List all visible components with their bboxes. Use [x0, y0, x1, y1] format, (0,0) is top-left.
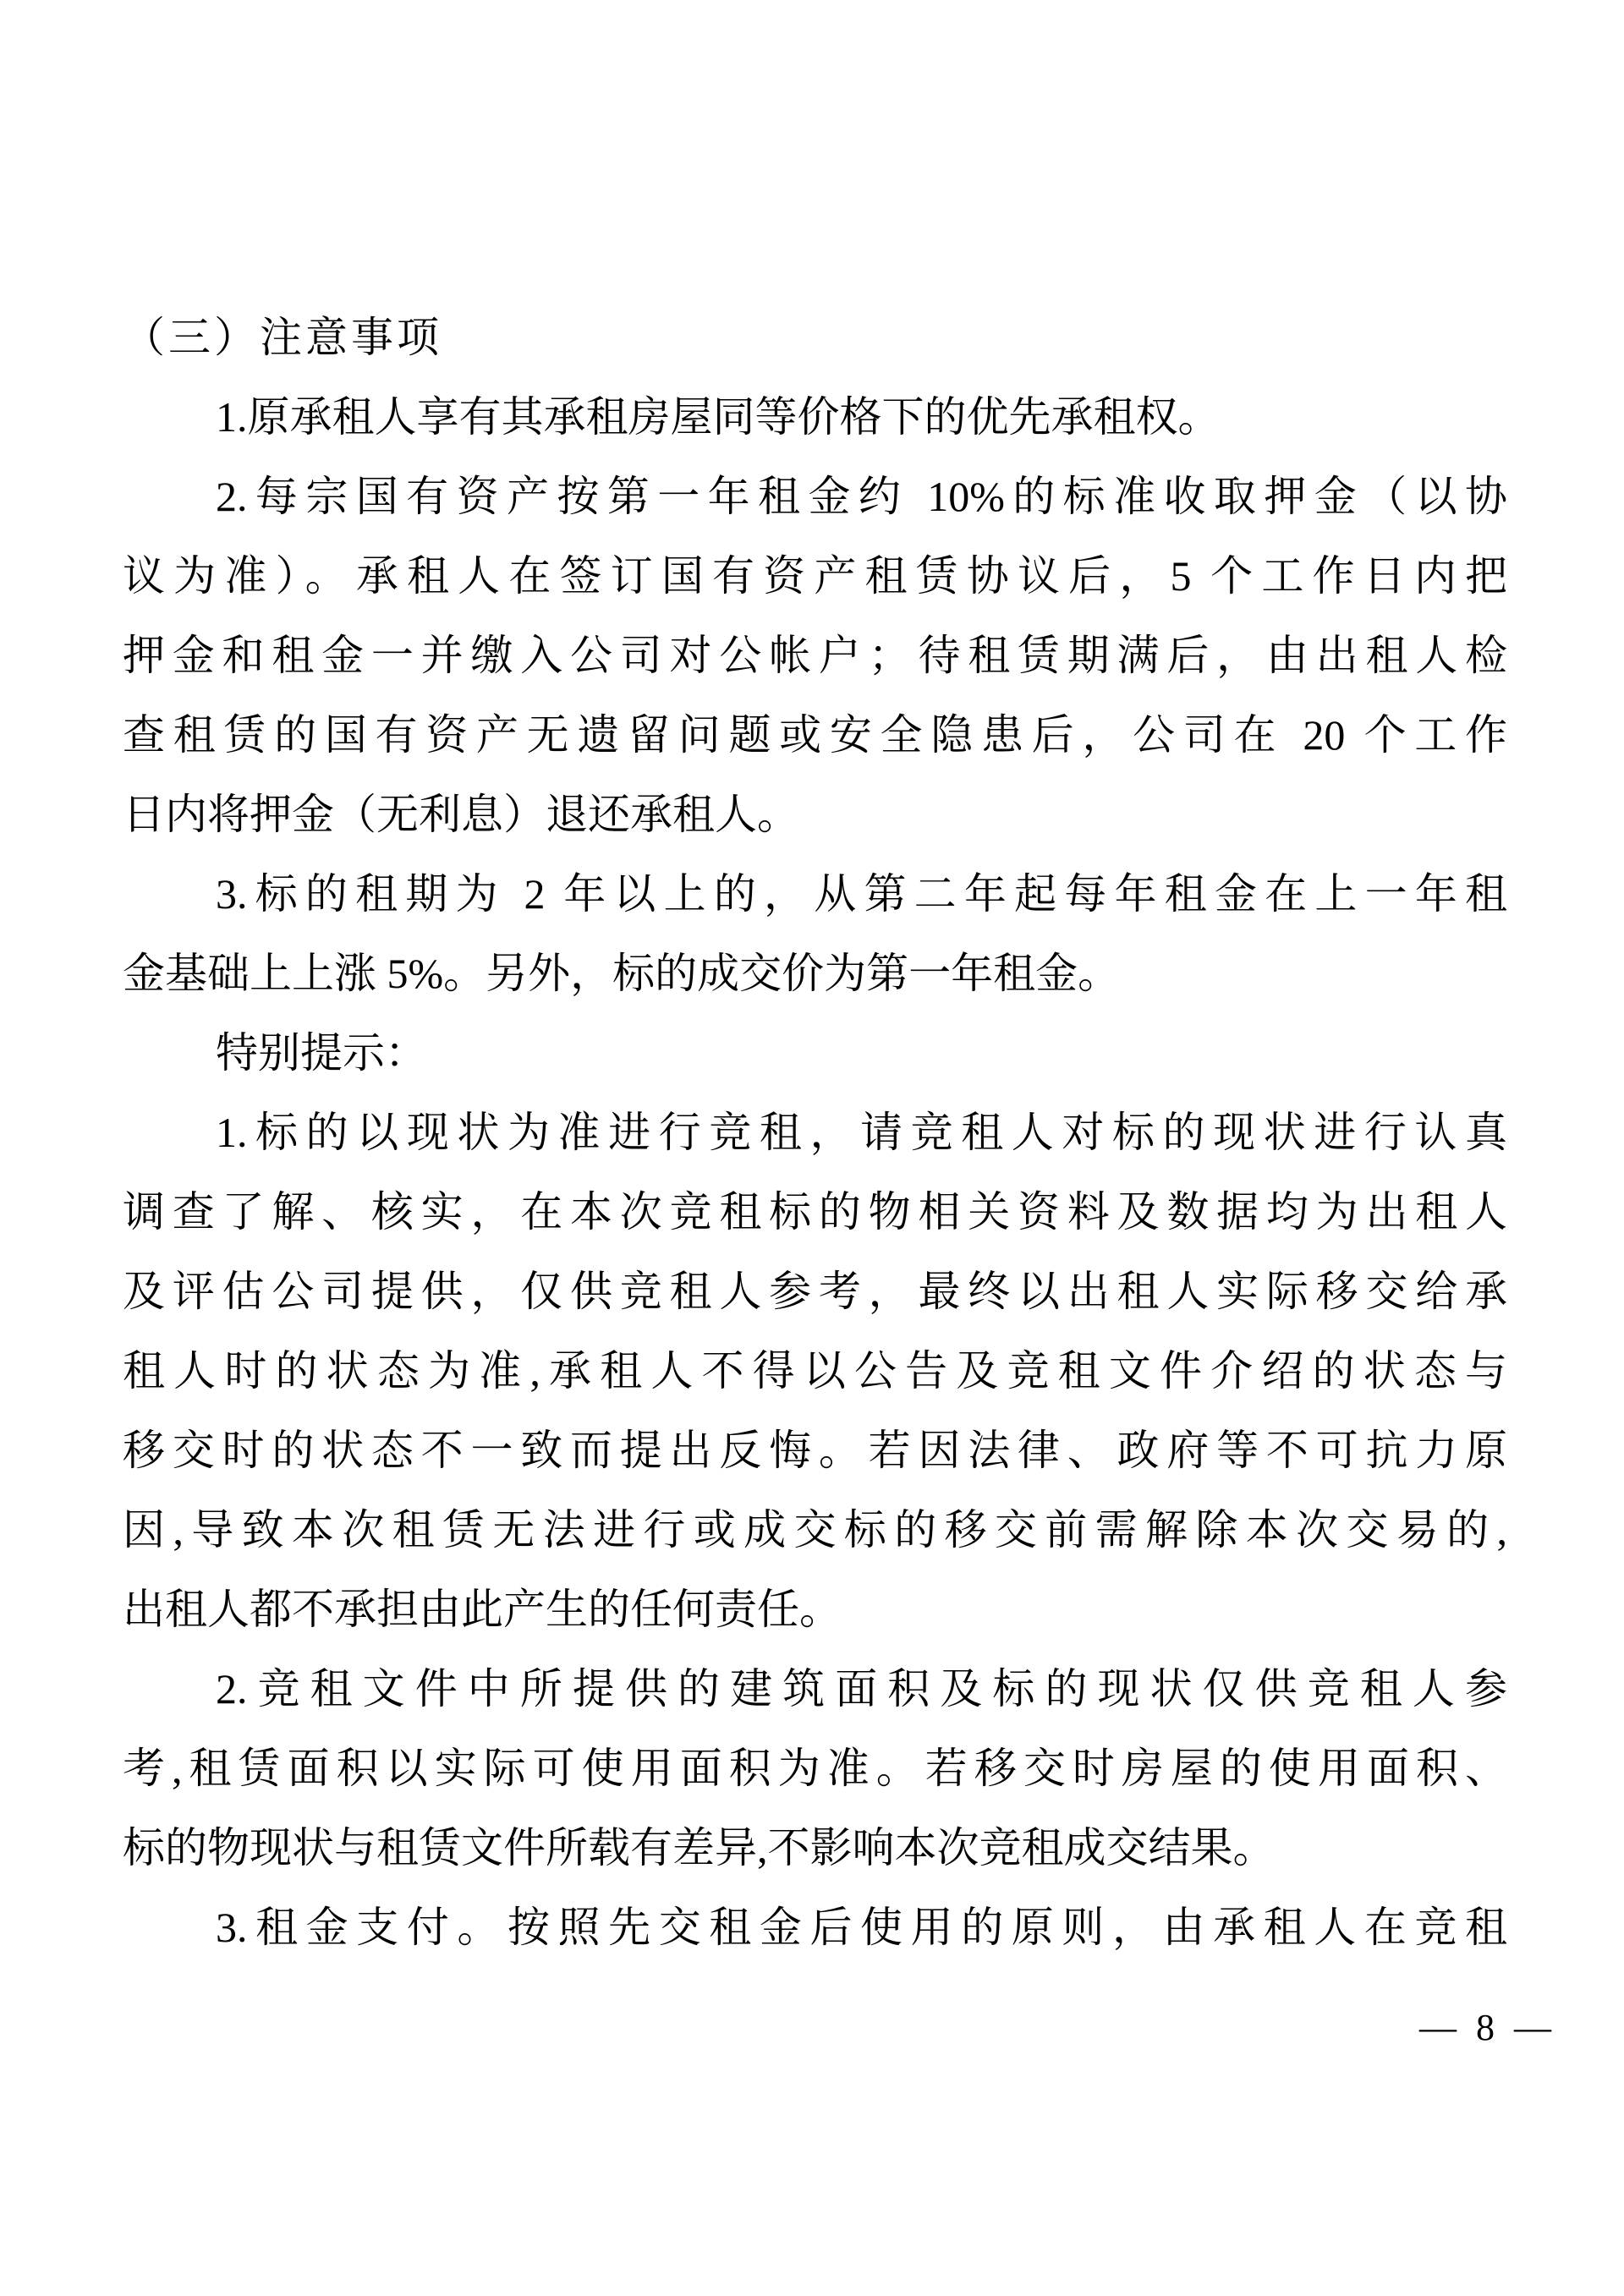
document-page: （三）注意事项 1.原承租人享有其承租房屋同等价格下的优先承租权。 2.每宗国有…	[0, 0, 1624, 2296]
text-line: 考,租赁面积以实际可使用面积为准。若移交时房屋的使用面积、	[123, 1729, 1507, 1808]
text-line: 出租人都不承担由此产生的任何责任。	[123, 1570, 1507, 1649]
text-line: 调查了解、核实，在本次竞租标的物相关资料及数据均为出租人	[123, 1172, 1507, 1252]
text-line: 标的物现状与租赁文件所载有差异,不影响本次竞租成交结果。	[123, 1808, 1507, 1888]
document-body: （三）注意事项 1.原承租人享有其承租房屋同等价格下的优先承租权。 2.每宗国有…	[123, 298, 1507, 1967]
text-line: 金基础上上涨 5%。另外，标的成交价为第一年租金。	[123, 934, 1507, 1013]
text-line: 2.每宗国有资产按第一年租金约 10%的标准收取押金（以协	[123, 457, 1507, 536]
text-line: 1.原承租人享有其承租房屋同等价格下的优先承租权。	[123, 377, 1507, 457]
text-line: 2.竞租文件中所提供的建筑面积及标的现状仅供竞租人参	[123, 1649, 1507, 1729]
text-line: 移交时的状态不一致而提出反悔。若因法律、政府等不可抗力原	[123, 1411, 1507, 1490]
text-line: 押金和租金一并缴入公司对公帐户；待租赁期满后，由出租人检	[123, 616, 1507, 695]
text-line: 议为准）。承租人在签订国有资产租赁协议后，5 个工作日内把	[123, 536, 1507, 616]
text-line: 因,导致本次租赁无法进行或成交标的移交前需解除本次交易的,	[123, 1490, 1507, 1570]
text-line: 查租赁的国有资产无遗留问题或安全隐患后，公司在 20 个工作	[123, 695, 1507, 775]
text-line: 及评估公司提供，仅供竞租人参考，最终以出租人实际移交给承	[123, 1252, 1507, 1331]
text-line: 1.标的以现状为准进行竞租，请竞租人对标的现状进行认真	[123, 1093, 1507, 1172]
text-line: 日内将押金（无利息）退还承租人。	[123, 775, 1507, 854]
section-heading: （三）注意事项	[123, 298, 1507, 377]
text-line: 3.租金支付。按照先交租金后使用的原则，由承租人在竞租	[123, 1888, 1507, 1967]
page-number: — 8 —	[1419, 2003, 1556, 2053]
text-line: 3.标的租期为 2 年以上的，从第二年起每年租金在上一年租	[123, 854, 1507, 934]
text-line: 租人时的状态为准,承租人不得以公告及竞租文件介绍的状态与	[123, 1331, 1507, 1411]
special-note-heading: 特别提示：	[123, 1013, 1507, 1093]
